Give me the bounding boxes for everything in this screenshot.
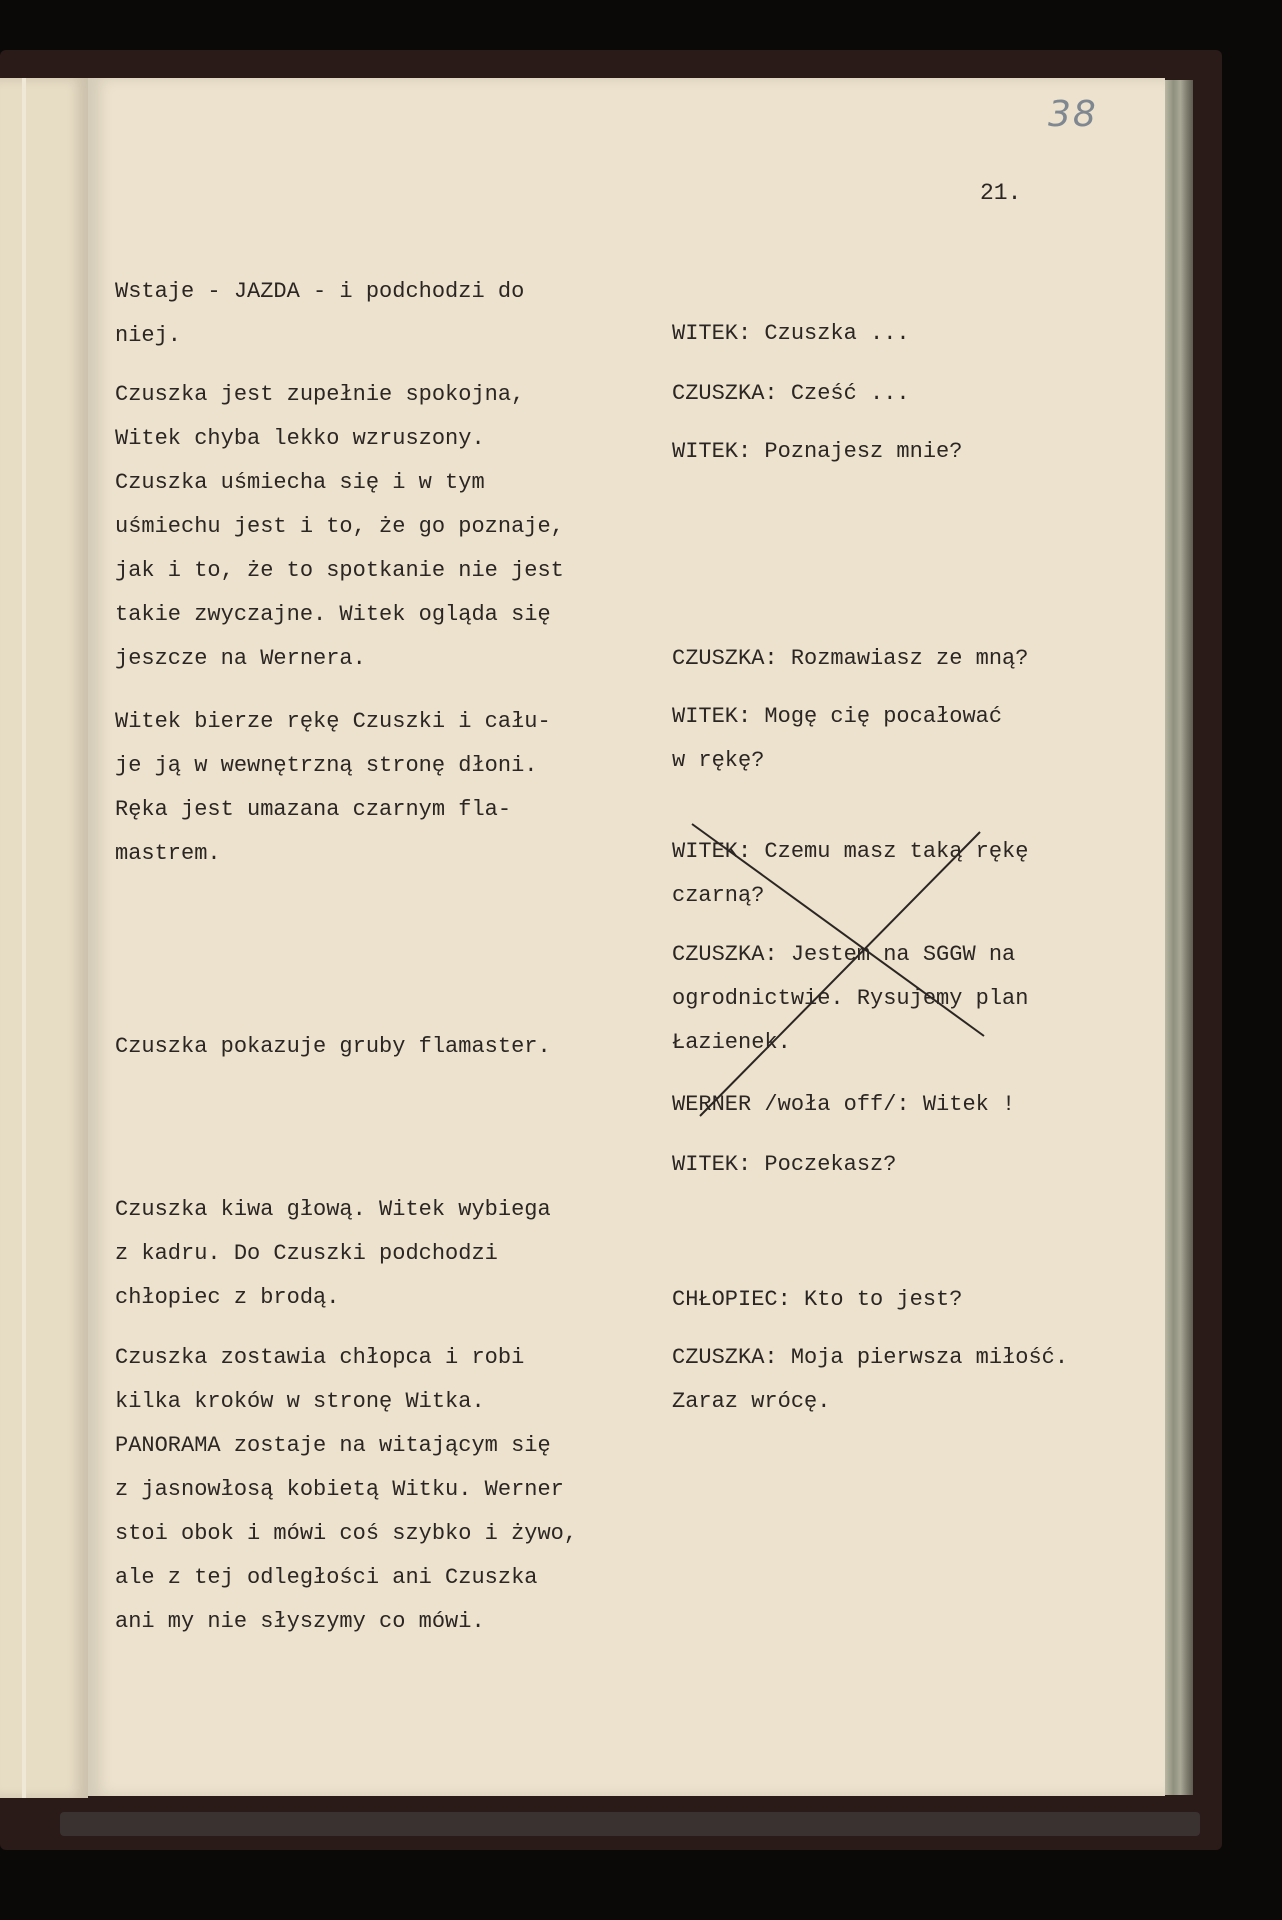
text-line: niej. xyxy=(115,314,524,358)
text-line: WITEK: Poznajesz mnie? xyxy=(672,430,962,474)
text-line: Czuszka pokazuje gruby flamaster. xyxy=(115,1025,551,1069)
text-line: stoi obok i mówi coś szybko i żywo, xyxy=(115,1512,577,1556)
page-fold xyxy=(22,78,26,1798)
dialogue-line: CZUSZKA: Cześć ... xyxy=(672,372,910,416)
text-line: Zaraz wrócę. xyxy=(672,1380,1068,1424)
text-line: z kadru. Do Czuszki podchodzi xyxy=(115,1232,551,1276)
text-line: CZUSZKA: Cześć ... xyxy=(672,372,910,416)
text-line: WERNER /woła off/: Witek ! xyxy=(672,1083,1015,1127)
dialogue-line-crossed: WITEK: Czemu masz taką rękę czarną? xyxy=(672,830,1028,918)
book-spine-edge xyxy=(60,1812,1200,1836)
text-line: ogrodnictwie. Rysujemy plan xyxy=(672,977,1028,1021)
text-line: takie zwyczajne. Witek ogląda się xyxy=(115,593,564,637)
text-line: chłopiec z brodą. xyxy=(115,1276,551,1320)
dialogue-line: CZUSZKA: Moja pierwsza miłość. Zaraz wró… xyxy=(672,1336,1068,1424)
action-paragraph: Czuszka kiwa głową. Witek wybiega z kadr… xyxy=(115,1188,551,1320)
text-line: kilka kroków w stronę Witka. xyxy=(115,1380,577,1424)
text-line: Czuszka kiwa głową. Witek wybiega xyxy=(115,1188,551,1232)
text-line: CZUSZKA: Rozmawiasz ze mną? xyxy=(672,637,1028,681)
text-line: WITEK: Mogę cię pocałować xyxy=(672,695,1002,739)
text-line: Czuszka uśmiecha się i w tym xyxy=(115,461,564,505)
action-paragraph: Czuszka jest zupełnie spokojna, Witek ch… xyxy=(115,373,564,681)
text-line: czarną? xyxy=(672,874,1028,918)
text-line: z jasnowłosą kobietą Witku. Werner xyxy=(115,1468,577,1512)
text-line: CHŁOPIEC: Kto to jest? xyxy=(672,1278,962,1322)
text-line: Czuszka zostawia chłopca i robi xyxy=(115,1336,577,1380)
text-line: w rękę? xyxy=(672,739,1002,783)
handwritten-page-number: 38 xyxy=(1048,94,1098,135)
page-stack-edge xyxy=(1165,80,1193,1795)
dialogue-line: CHŁOPIEC: Kto to jest? xyxy=(672,1278,962,1322)
text-line: Wstaje - JAZDA - i podchodzi do xyxy=(115,270,524,314)
text-line: WITEK: Poczekasz? xyxy=(672,1143,896,1187)
text-line: ani my nie słyszymy co mówi. xyxy=(115,1600,577,1644)
dialogue-line: WITEK: Czuszka ... xyxy=(672,312,910,356)
text-line: PANORAMA zostaje na witającym się xyxy=(115,1424,577,1468)
text-line: Witek chyba lekko wzruszony. xyxy=(115,417,564,461)
dialogue-line: WITEK: Poznajesz mnie? xyxy=(672,430,962,474)
text-line: ale z tej odległości ani Czuszka xyxy=(115,1556,577,1600)
action-paragraph: Witek bierze rękę Czuszki i cału- je ją … xyxy=(115,700,551,876)
text-line: Czuszka jest zupełnie spokojna, xyxy=(115,373,564,417)
text-line: WITEK: Czemu masz taką rękę xyxy=(672,830,1028,874)
action-paragraph: Czuszka pokazuje gruby flamaster. xyxy=(115,1025,551,1069)
text-line: Łazienek. xyxy=(672,1021,1028,1065)
text-line: WITEK: Czuszka ... xyxy=(672,312,910,356)
dialogue-line: WITEK: Poczekasz? xyxy=(672,1143,896,1187)
previous-page-edge xyxy=(0,78,88,1798)
text-line: jeszcze na Wernera. xyxy=(115,637,564,681)
typed-page-number: 21. xyxy=(980,180,1021,206)
text-line: je ją w wewnętrzną stronę dłoni. xyxy=(115,744,551,788)
text-line: mastrem. xyxy=(115,832,551,876)
text-line: uśmiechu jest i to, że go poznaje, xyxy=(115,505,564,549)
text-line: Ręka jest umazana czarnym fla- xyxy=(115,788,551,832)
dialogue-line: CZUSZKA: Rozmawiasz ze mną? xyxy=(672,637,1028,681)
text-line: jak i to, że to spotkanie nie jest xyxy=(115,549,564,593)
text-line: CZUSZKA: Jestem na SGGW na xyxy=(672,933,1028,977)
dialogue-line-crossed: CZUSZKA: Jestem na SGGW na ogrodnictwie.… xyxy=(672,933,1028,1065)
action-paragraph: Wstaje - JAZDA - i podchodzi do niej. xyxy=(115,270,524,358)
dialogue-line: WITEK: Mogę cię pocałować w rękę? xyxy=(672,695,1002,783)
text-line: CZUSZKA: Moja pierwsza miłość. xyxy=(672,1336,1068,1380)
dialogue-line: WERNER /woła off/: Witek ! xyxy=(672,1083,1015,1127)
action-paragraph: Czuszka zostawia chłopca i robi kilka kr… xyxy=(115,1336,577,1644)
text-line: Witek bierze rękę Czuszki i cału- xyxy=(115,700,551,744)
